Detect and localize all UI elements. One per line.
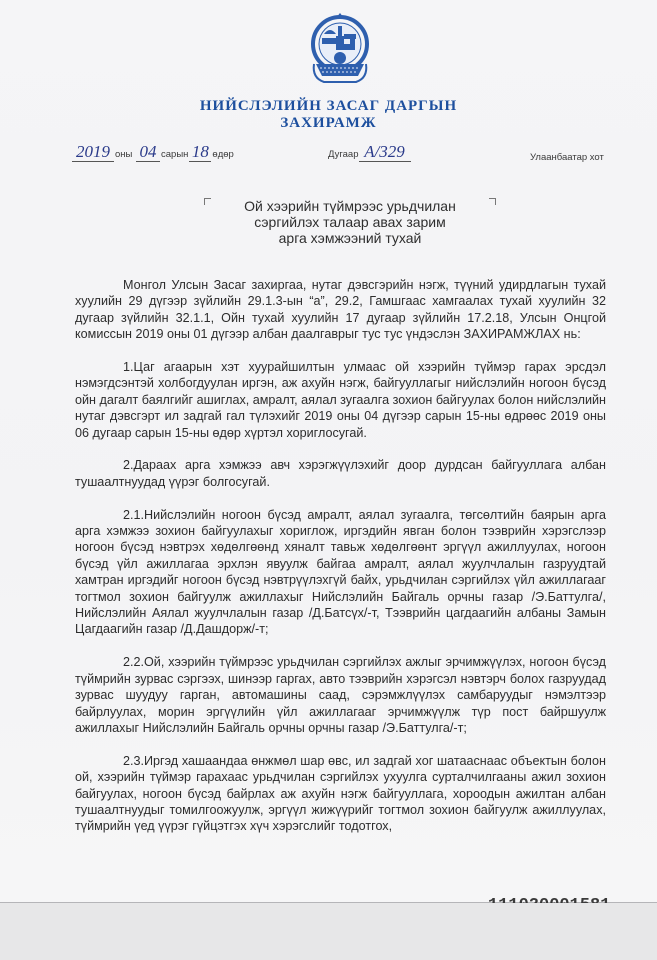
document-type: ЗАХИРАМЖ xyxy=(0,115,657,132)
document-header: НИЙСЛЭЛИЙН ЗАСАГ ДАРГЫН ЗАХИРАМЖ xyxy=(0,98,657,132)
clause-2-3: 2.3.Иргэд хашаандаа өнжмөл шар өвс, ил з… xyxy=(75,753,606,835)
corner-mark-right xyxy=(489,198,496,205)
state-emblem-icon xyxy=(306,12,374,86)
clause-2-2: 2.2.Ой, хээрийн түймрээс урьдчилан сэрги… xyxy=(75,654,606,736)
month-label: сарын xyxy=(161,149,188,160)
document-body: Монгол Улсын Засаг захиргаа, нутаг дэвсг… xyxy=(75,277,606,851)
document-page: НИЙСЛЭЛИЙН ЗАСАГ ДАРГЫН ЗАХИРАМЖ 2019оны… xyxy=(0,0,657,903)
document-number: ДугаарА/329 xyxy=(328,143,411,162)
number-value: А/329 xyxy=(359,143,411,162)
document-subject: Ой хээрийн түймрээс урьдчилан сэргийлэх … xyxy=(190,198,510,246)
clause-1: 1.Цаг агаарын хэт хуурайшилтын улмаас ой… xyxy=(75,359,606,441)
day-label: өдөр xyxy=(212,149,233,160)
subject-line: сэргийлэх талаар авах зарим xyxy=(190,214,510,230)
subject-line: Ой хээрийн түймрээс урьдчилан xyxy=(190,198,510,214)
date-day: 18 xyxy=(189,143,211,162)
city-label: Улаанбаатар хот xyxy=(530,152,604,163)
date-year: 2019 xyxy=(72,143,114,162)
date-month: 04 xyxy=(136,143,160,162)
clause-2: 2.Дараах арга хэмжээ авч хэрэгжүүлэхийг … xyxy=(75,457,606,490)
document-meta: 2019оны 04сарын18өдөр ДугаарА/329 Улаанб… xyxy=(0,143,657,169)
preamble-paragraph: Монгол Улсын Засаг захиргаа, нутаг дэвсг… xyxy=(75,277,606,343)
year-label: оны xyxy=(115,149,132,160)
number-label: Дугаар xyxy=(328,149,359,160)
page-bottom-margin xyxy=(0,903,657,960)
org-name: НИЙСЛЭЛИЙН ЗАСАГ ДАРГЫН xyxy=(0,98,657,115)
clause-2-1: 2.1.Нийслэлийн ногоон бүсэд амралт, аяла… xyxy=(75,507,606,638)
subject-line: арга хэмжээний тухай xyxy=(190,230,510,246)
document-date: 2019оны 04сарын18өдөр xyxy=(72,143,235,162)
corner-mark-left xyxy=(204,198,211,205)
